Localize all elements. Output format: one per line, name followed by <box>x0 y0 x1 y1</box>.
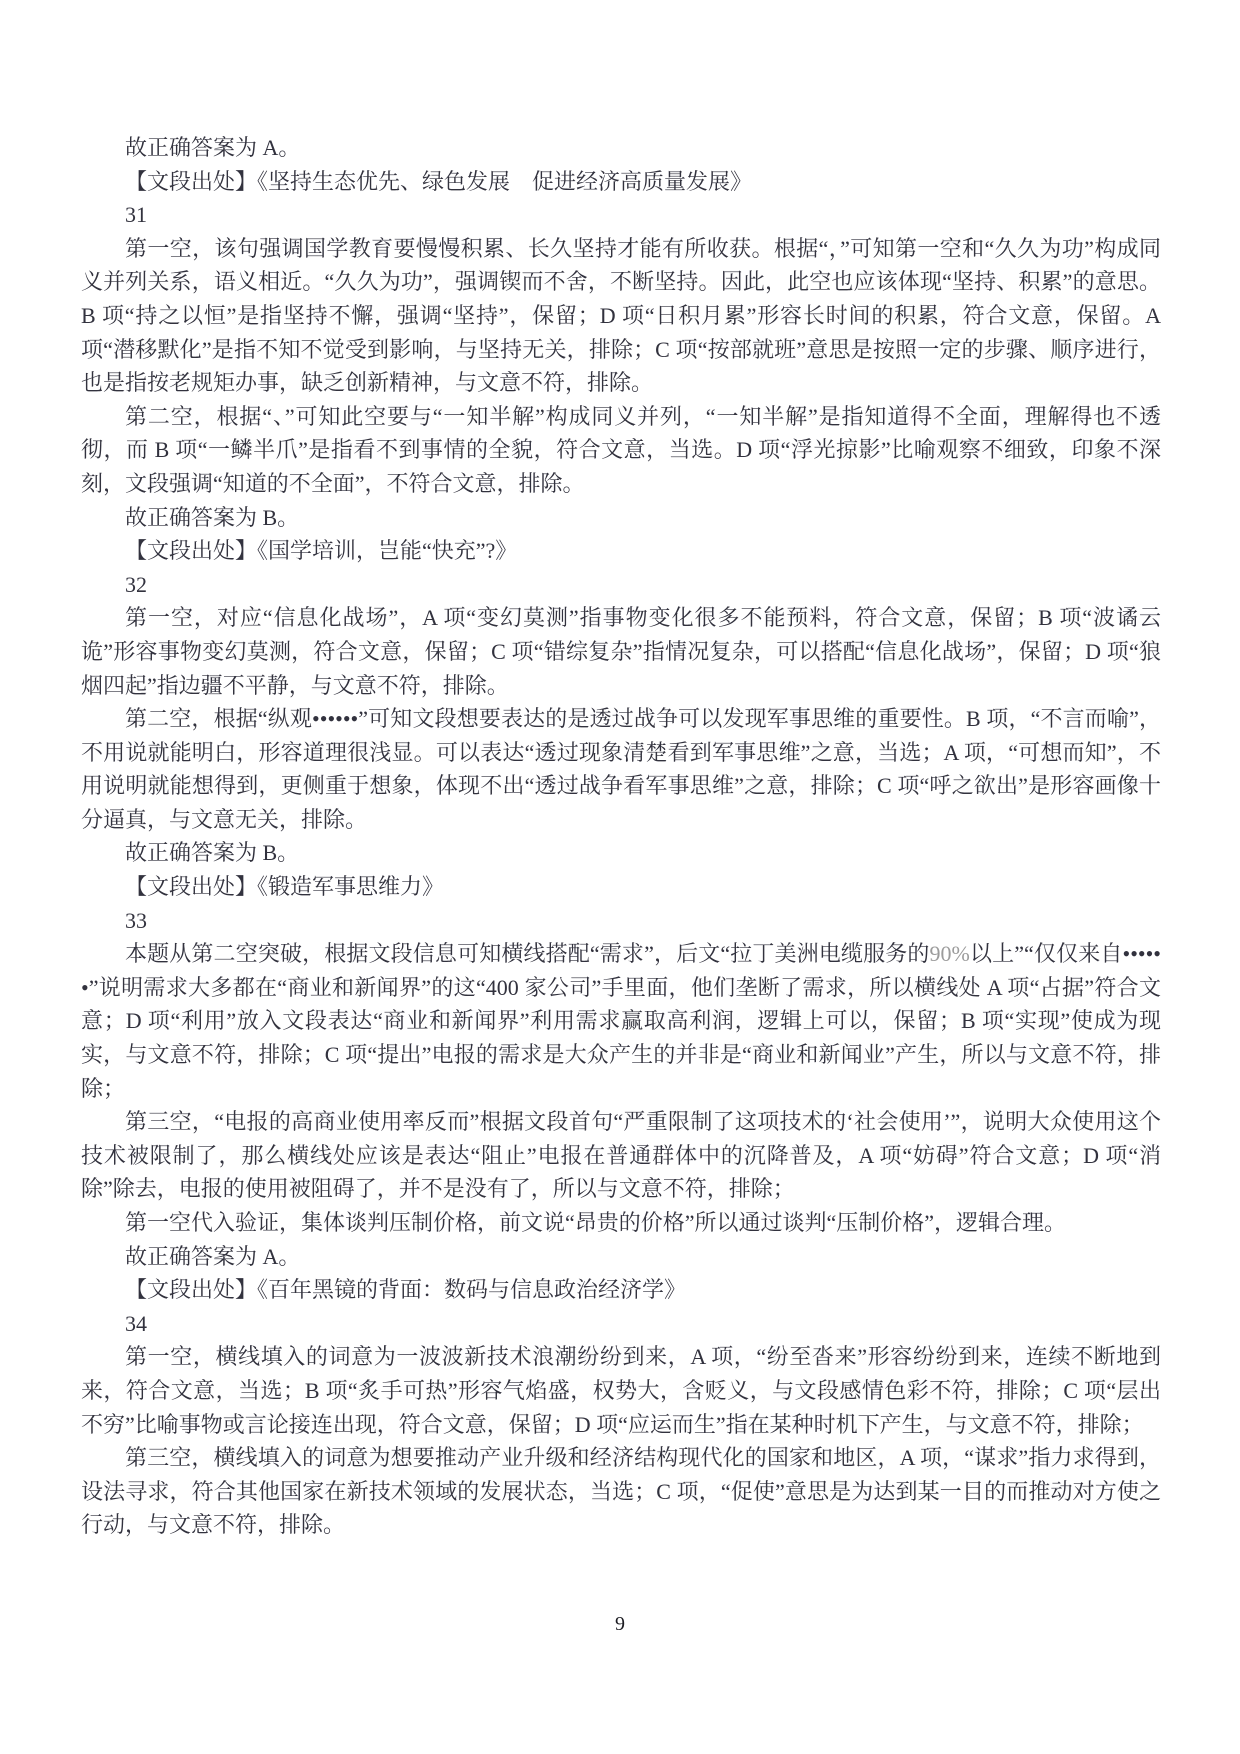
explanation-paragraph: 第二空，根据“、”可知此空要与“一知半解”构成同义并列，“一知半解”是指知道得不… <box>81 400 1161 501</box>
source-line: 【文段出处】《锻造军事思维力》 <box>81 870 1161 904</box>
explanation-paragraph: 第二空，根据“纵观••••••”可知文段想要表达的是透过战争可以发现军事思维的重… <box>81 702 1161 836</box>
question-number: 34 <box>81 1307 1161 1341</box>
explanation-paragraph: 第一空，对应“信息化战场”，A 项“变幻莫测”指事物变化很多不能预料，符合文意，… <box>81 601 1161 702</box>
percentage-value: 90% <box>930 941 970 966</box>
question-number: 31 <box>81 198 1161 232</box>
question-number: 32 <box>81 568 1161 602</box>
explanation-paragraph: 第一空，该句强调国学教育要慢慢积累、长久坚持才能有所收获。根据“，”可知第一空和… <box>81 232 1161 400</box>
source-line: 【文段出处】《国学培训，岂能“快充”?》 <box>81 534 1161 568</box>
source-line: 【文段出处】《百年黑镜的背面：数码与信息政治经济学》 <box>81 1273 1161 1307</box>
document-content: 故正确答案为 A。 【文段出处】《坚持生态优先、绿色发展 促进经济高质量发展》 … <box>81 131 1161 1542</box>
explanation-paragraph: 第一空代入验证，集体谈判压制价格，前文说“昂贵的价格”所以通过谈判“压制价格”，… <box>81 1206 1161 1240</box>
explanation-paragraph: 第一空，横线填入的词意为一波波新技术浪潮纷纷到来，A 项，“纷至沓来”形容纷纷到… <box>81 1340 1161 1441</box>
document-page: 故正确答案为 A。 【文段出处】《坚持生态优先、绿色发展 促进经济高质量发展》 … <box>0 0 1240 1754</box>
answer-line: 故正确答案为 B。 <box>81 836 1161 870</box>
explanation-paragraph: 第三空，“电报的高商业使用率反而”根据文段首句“严重限制了这项技术的‘社会使用’… <box>81 1105 1161 1206</box>
source-line: 【文段出处】《坚持生态优先、绿色发展 促进经济高质量发展》 <box>81 165 1161 199</box>
paragraph-text: 本题从第二空突破，根据文段信息可知横线搭配“需求”，后文“拉丁美洲电缆服务的 <box>125 941 930 966</box>
explanation-paragraph: 第三空，横线填入的词意为想要推动产业升级和经济结构现代化的国家和地区，A 项，“… <box>81 1441 1161 1542</box>
question-number: 33 <box>81 904 1161 938</box>
page-number: 9 <box>0 1612 1240 1636</box>
answer-line: 故正确答案为 B。 <box>81 501 1161 535</box>
explanation-paragraph: 本题从第二空突破，根据文段信息可知横线搭配“需求”，后文“拉丁美洲电缆服务的90… <box>81 937 1161 1105</box>
answer-line: 故正确答案为 A。 <box>81 1240 1161 1274</box>
answer-line: 故正确答案为 A。 <box>81 131 1161 165</box>
